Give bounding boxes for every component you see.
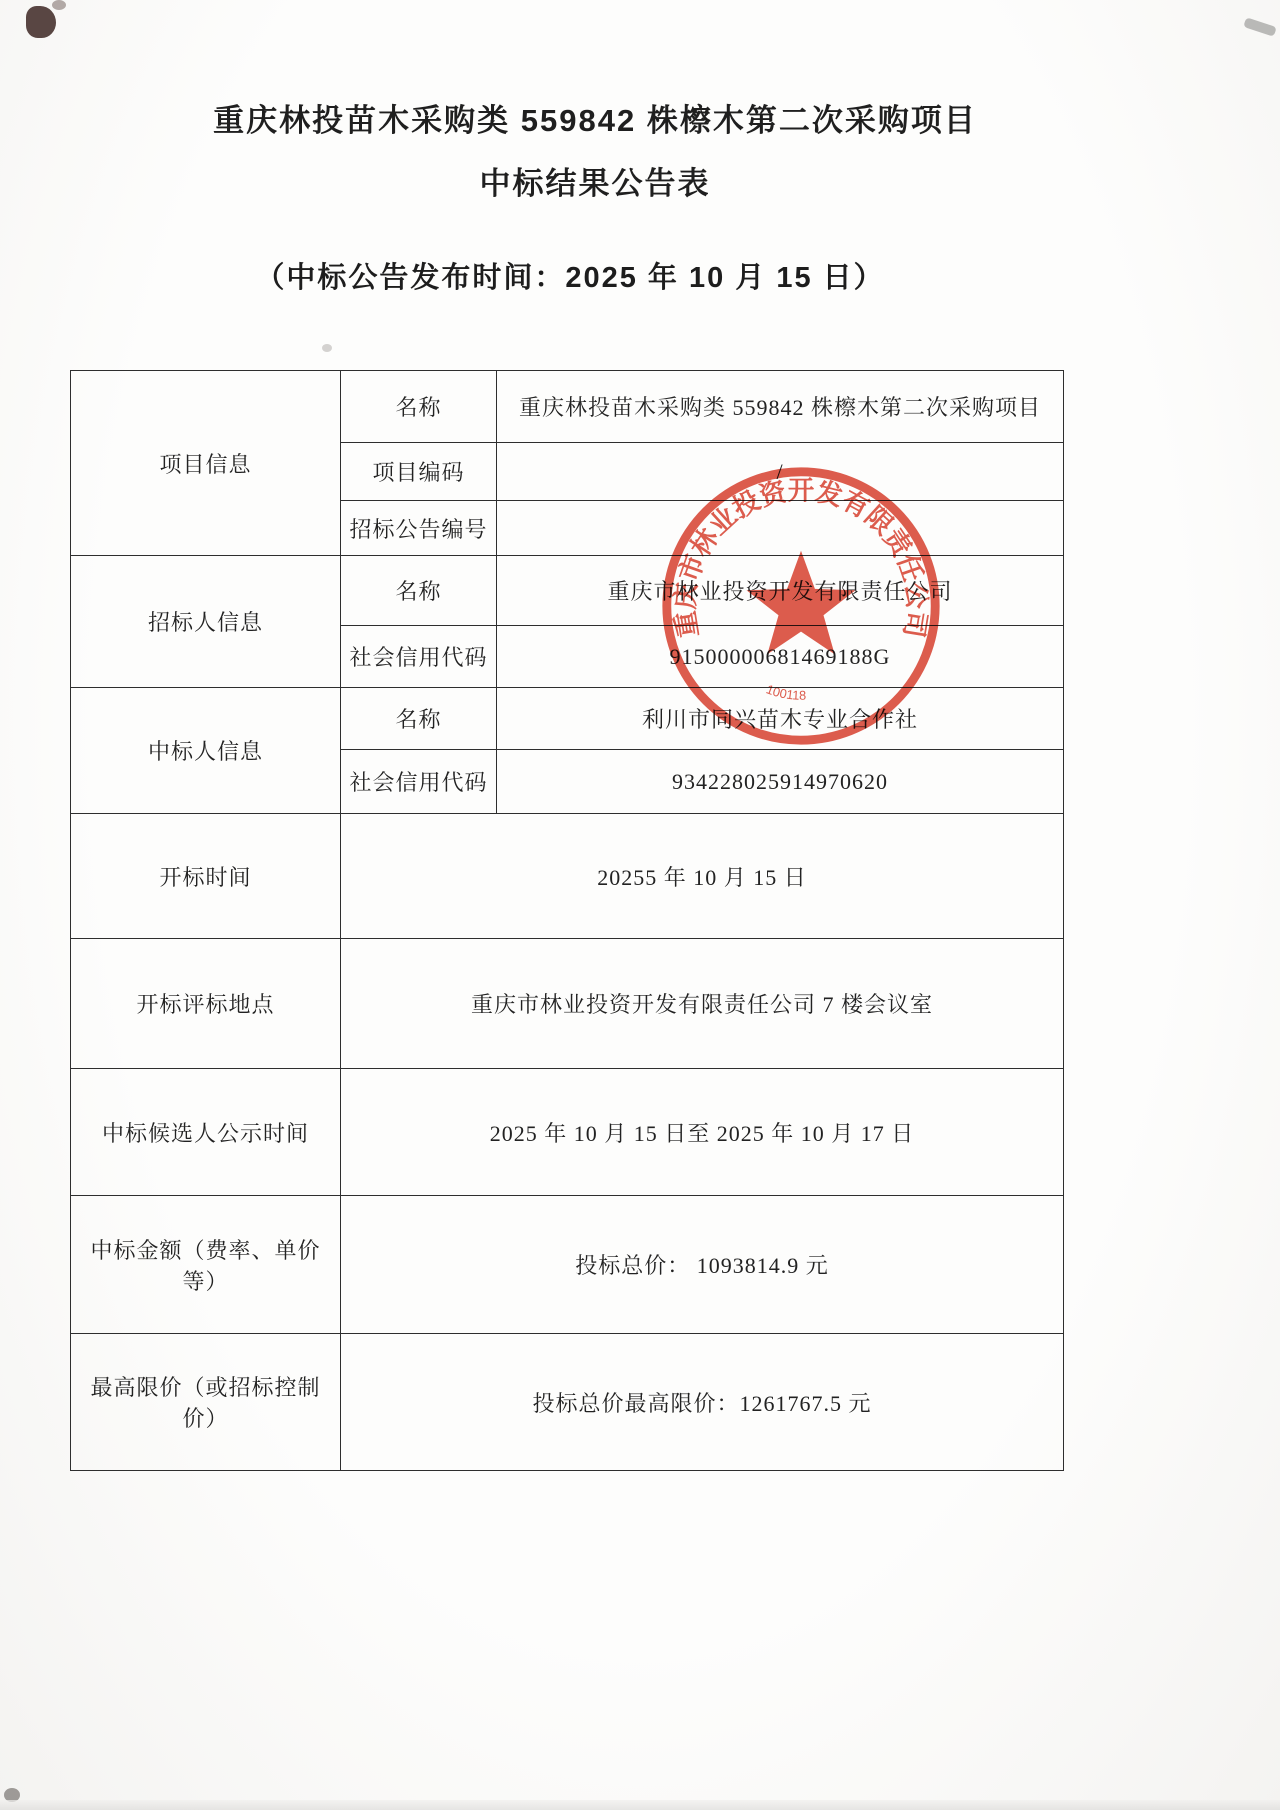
- scan-artifact-top-left: [26, 6, 56, 38]
- value-project-name: 重庆林投苗木采购类 559842 株檫木第二次采购项目: [497, 371, 1064, 443]
- label-tenderer-name: 名称: [341, 556, 497, 626]
- table-row: 开标评标地点 重庆市林业投资开发有限责任公司 7 楼会议室: [71, 939, 1064, 1069]
- value-award-amount: 投标总价： 1093814.9 元: [341, 1196, 1064, 1334]
- scan-artifact-bottom-edge: [0, 1800, 1280, 1810]
- group-label-winner-info: 中标人信息: [71, 688, 341, 814]
- table-row: 中标金额（费率、单价等） 投标总价： 1093814.9 元: [71, 1196, 1064, 1334]
- table-row: 项目信息 名称 重庆林投苗木采购类 559842 株檫木第二次采购项目: [71, 371, 1064, 443]
- value-tenderer-name: 重庆市林业投资开发有限责任公司: [497, 556, 1064, 626]
- announcement-date-line: （中标公告发布时间：2025 年 10 月 15 日）: [45, 255, 1095, 296]
- label-bid-opening-time: 开标时间: [71, 814, 341, 939]
- table-row: 开标时间 20255 年 10 月 15 日: [71, 814, 1064, 939]
- value-bid-opening-time: 20255 年 10 月 15 日: [341, 814, 1064, 939]
- label-award-amount: 中标金额（费率、单价等）: [71, 1196, 341, 1334]
- label-project-code: 项目编码: [341, 443, 497, 501]
- scan-artifact-top-left-2: [52, 0, 66, 10]
- document-title-line1: 重庆林投苗木采购类 559842 株檫木第二次采购项目: [70, 95, 1120, 140]
- label-max-price-limit: 最高限价（或招标控制价）: [71, 1334, 341, 1471]
- value-tenderer-credit-code: 91500000681469188G: [497, 626, 1064, 688]
- group-label-project-info: 项目信息: [71, 371, 341, 556]
- scan-artifact-top-right: [1243, 17, 1277, 36]
- scan-artifact-dot: [322, 344, 332, 352]
- table-row: 招标人信息 名称 重庆市林业投资开发有限责任公司: [71, 556, 1064, 626]
- table-row: 中标候选人公示时间 2025 年 10 月 15 日至 2025 年 10 月 …: [71, 1069, 1064, 1196]
- table-row: 最高限价（或招标控制价） 投标总价最高限价：1261767.5 元: [71, 1334, 1064, 1471]
- label-project-name: 名称: [341, 371, 497, 443]
- table-row: 中标人信息 名称 利川市同兴苗木专业合作社: [71, 688, 1064, 750]
- document-title-line2: 中标结果公告表: [70, 158, 1120, 203]
- scan-artifact-bottom-left: [4, 1788, 20, 1802]
- label-winner-name: 名称: [341, 688, 497, 750]
- label-winner-credit-code: 社会信用代码: [341, 750, 497, 814]
- label-candidate-publicity-period: 中标候选人公示时间: [71, 1069, 341, 1196]
- label-tenderer-credit-code: 社会信用代码: [341, 626, 497, 688]
- value-winner-name: 利川市同兴苗木专业合作社: [497, 688, 1064, 750]
- value-candidate-publicity-period: 2025 年 10 月 15 日至 2025 年 10 月 17 日: [341, 1069, 1064, 1196]
- value-bid-opening-place: 重庆市林业投资开发有限责任公司 7 楼会议室: [341, 939, 1064, 1069]
- label-tender-notice-number: 招标公告编号: [341, 501, 497, 556]
- bid-result-table: 项目信息 名称 重庆林投苗木采购类 559842 株檫木第二次采购项目 项目编码…: [70, 370, 1064, 1471]
- value-project-code: /: [497, 443, 1064, 501]
- value-winner-credit-code: 934228025914970620: [497, 750, 1064, 814]
- value-max-price-limit: 投标总价最高限价：1261767.5 元: [341, 1334, 1064, 1471]
- value-tender-notice-number: [497, 501, 1064, 556]
- group-label-tenderer-info: 招标人信息: [71, 556, 341, 688]
- label-bid-opening-place: 开标评标地点: [71, 939, 341, 1069]
